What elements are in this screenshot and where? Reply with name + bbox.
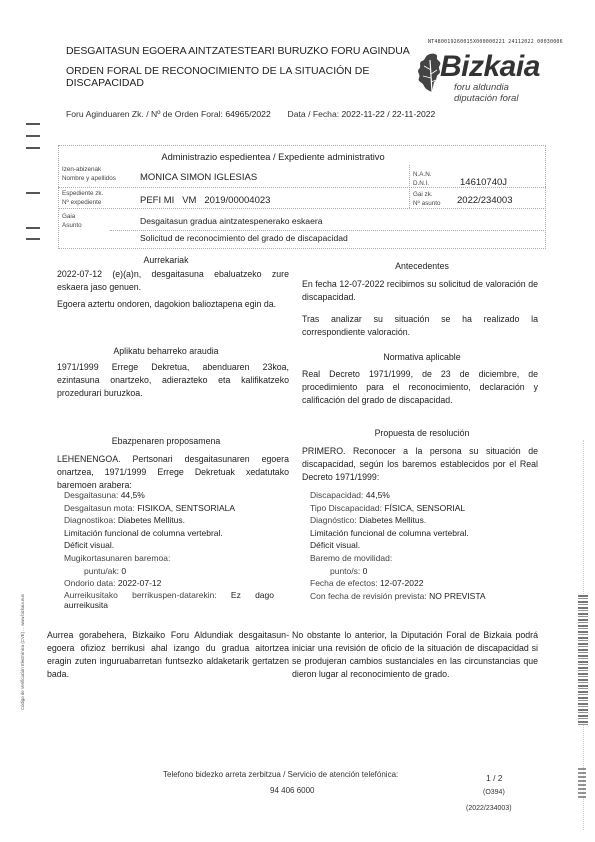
order-label: Foru Aginduaren Zk. / Nº de Orden Foral: <box>66 109 223 119</box>
regulation-text-spanish: Real Decreto 1971/1999, de 23 de diciemb… <box>302 368 538 407</box>
item-diagnosis-3-eu: Déficit visual. <box>64 539 290 552</box>
name-value: MONICA SIMON IGLESIAS <box>140 172 257 183</box>
expedient-label: Espediente zk. Nº expediente <box>62 189 103 207</box>
subject-value-basque: Desgaitasun gradua aintzatespenerako esk… <box>140 216 323 226</box>
item-disability-eu: Desgaitasuna: 44,5% <box>64 489 290 502</box>
dni-label: N.A.N. D.N.I. <box>413 170 432 188</box>
document-code: (O394) <box>483 789 505 796</box>
regulation-text-basque: 1971/1999 Errege Dekretua, abenduaren 23… <box>57 361 289 400</box>
item-diagnosis-es: Diagnóstico: Diabetes Mellitus. <box>310 514 546 527</box>
subject-number-value: 2022/234003 <box>457 195 512 206</box>
side-verification-text: Código de Verificación Electrónica (CVE)… <box>20 290 25 710</box>
proposal-items-spanish: Discapacidad: 44,5% Tipo Discapacidad: F… <box>310 489 546 602</box>
heading-antecedents-basque: Aurrekariak <box>44 255 288 265</box>
side-barcode <box>578 595 588 725</box>
subject-value-spanish: Solicitud de reconocimiento del grado de… <box>140 233 348 243</box>
bizkaia-logo: Bizkaia foru aldundia diputación foral <box>416 50 556 105</box>
logo-wordmark: Bizkaia <box>440 50 540 84</box>
oak-leaf-icon <box>416 52 442 92</box>
margin-mark <box>26 192 40 194</box>
item-points-eu: puntu/ak: 0 <box>64 565 290 578</box>
phone-service-label: Telefono bidezko arreta zerbitzua / Serv… <box>163 770 398 779</box>
item-points-es: punto/s: 0 <box>310 565 546 578</box>
margin-mark <box>26 123 40 125</box>
subject-label: Gaia Asunto <box>62 212 82 230</box>
item-type-eu: Desgaitasun mota: FISIKOA, SENTSORIALA <box>64 502 290 515</box>
item-diagnosis-2-eu: Limitación funcional de columna vertebra… <box>64 527 290 540</box>
item-diagnosis-2-es: Limitación funcional de columna vertebra… <box>310 527 546 540</box>
admin-file-title: Administrazio espedientea / Expediente a… <box>58 152 488 162</box>
margin-mark <box>26 135 40 137</box>
heading-antecedents-spanish: Antecedentes <box>300 261 544 271</box>
document-reference: (2022/234003) <box>466 805 512 812</box>
margin-mark <box>26 238 40 240</box>
order-number: 64965/2022 <box>225 109 270 119</box>
order-line: Foru Aginduaren Zk. / Nº de Orden Foral:… <box>66 109 435 119</box>
logo-subtitle-basque: foru aldundia <box>454 82 509 93</box>
subject-number-label: Gai zk. Nº asunto <box>413 190 441 208</box>
closing-spanish: No obstante lo anterior, la Diputación F… <box>292 629 538 681</box>
antecedents-p2-spanish: Tras analizar su situación se ha realiza… <box>302 313 538 339</box>
item-revision-es: Con fecha de revisión prevista: NO PREVI… <box>310 590 546 603</box>
side-barcode-small <box>578 768 586 798</box>
row-divider <box>58 208 546 209</box>
closing-basque: Aurrea gorabehera, Bizkaiko Foru Aldundi… <box>47 629 289 681</box>
item-mobility-es: Baremo de movilidad: <box>310 552 546 565</box>
antecedents-p2-basque: Egoera aztertu ondoren, dagokion baliozt… <box>57 298 297 311</box>
proposal-intro-basque: LEHENENGOA. Pertsonari desgaitasunaren e… <box>57 453 289 492</box>
date-value: 2022-11-22 / 22-11-2022 <box>342 109 436 119</box>
item-mobility-eu: Mugikortasunaren baremoa: <box>64 552 290 565</box>
heading-proposal-basque: Ebazpenaren proposamena <box>44 436 288 446</box>
expedient-value: PEFI MI VM 2019/00004023 <box>140 195 270 206</box>
margin-mark <box>26 227 40 229</box>
heading-regulation-basque: Aplikatu beharreko araudia <box>44 346 288 356</box>
antecedents-p1-spanish: En fecha 12-07-2022 recibimos su solicit… <box>302 278 538 304</box>
col-divider <box>409 165 410 208</box>
item-revision-eu: Aurreikusitako berrikuspen-datarekin: Ez… <box>64 590 274 610</box>
item-type-es: Tipo Discapacidad: FÍSICA, SENSORIAL <box>310 502 546 515</box>
item-diagnosis-eu: Diagnostikoa: Diabetes Mellitus. <box>64 514 290 527</box>
item-effect-date-es: Fecha de efectos: 12-07-2022 <box>310 577 546 590</box>
item-disability-es: Discapacidad: 44,5% <box>310 489 546 502</box>
date-label: Data / Fecha: <box>288 109 340 119</box>
document-barcode-text: NT480019260015X000000221 24112022 000300… <box>428 39 563 45</box>
document-title-spanish: ORDEN FORAL DE RECONOCIMIENTO DE LA SITU… <box>66 65 396 89</box>
margin-mark <box>26 147 40 149</box>
document-title-basque: DESGAITASUN EGOERA AINTZATESTEARI BURUZK… <box>66 45 410 57</box>
dni-value: 14610740J <box>460 177 507 188</box>
row-divider <box>110 230 546 231</box>
item-diagnosis-3-es: Déficit visual. <box>310 539 546 552</box>
antecedents-p1-basque: 2022-07-12 (e)(a)n, desgaitasuna ebaluat… <box>57 268 289 294</box>
name-label: Izen-abizenak Nombre y apellidos <box>62 165 116 183</box>
heading-proposal-spanish: Propuesta de resolución <box>300 428 544 438</box>
phone-number: 94 406 6000 <box>270 786 315 795</box>
proposal-items-basque: Desgaitasuna: 44,5% Desgaitasun mota: FI… <box>64 489 290 610</box>
logo-subtitle-spanish: diputación foral <box>454 93 518 104</box>
page-indicator: 1 / 2 <box>486 773 503 783</box>
item-effect-date-eu: Ondorio data: 2022-07-12 <box>64 577 290 590</box>
heading-regulation-spanish: Normativa aplicable <box>300 352 544 362</box>
proposal-intro-spanish: PRIMERO. Reconocer a la persona su situa… <box>302 445 538 484</box>
